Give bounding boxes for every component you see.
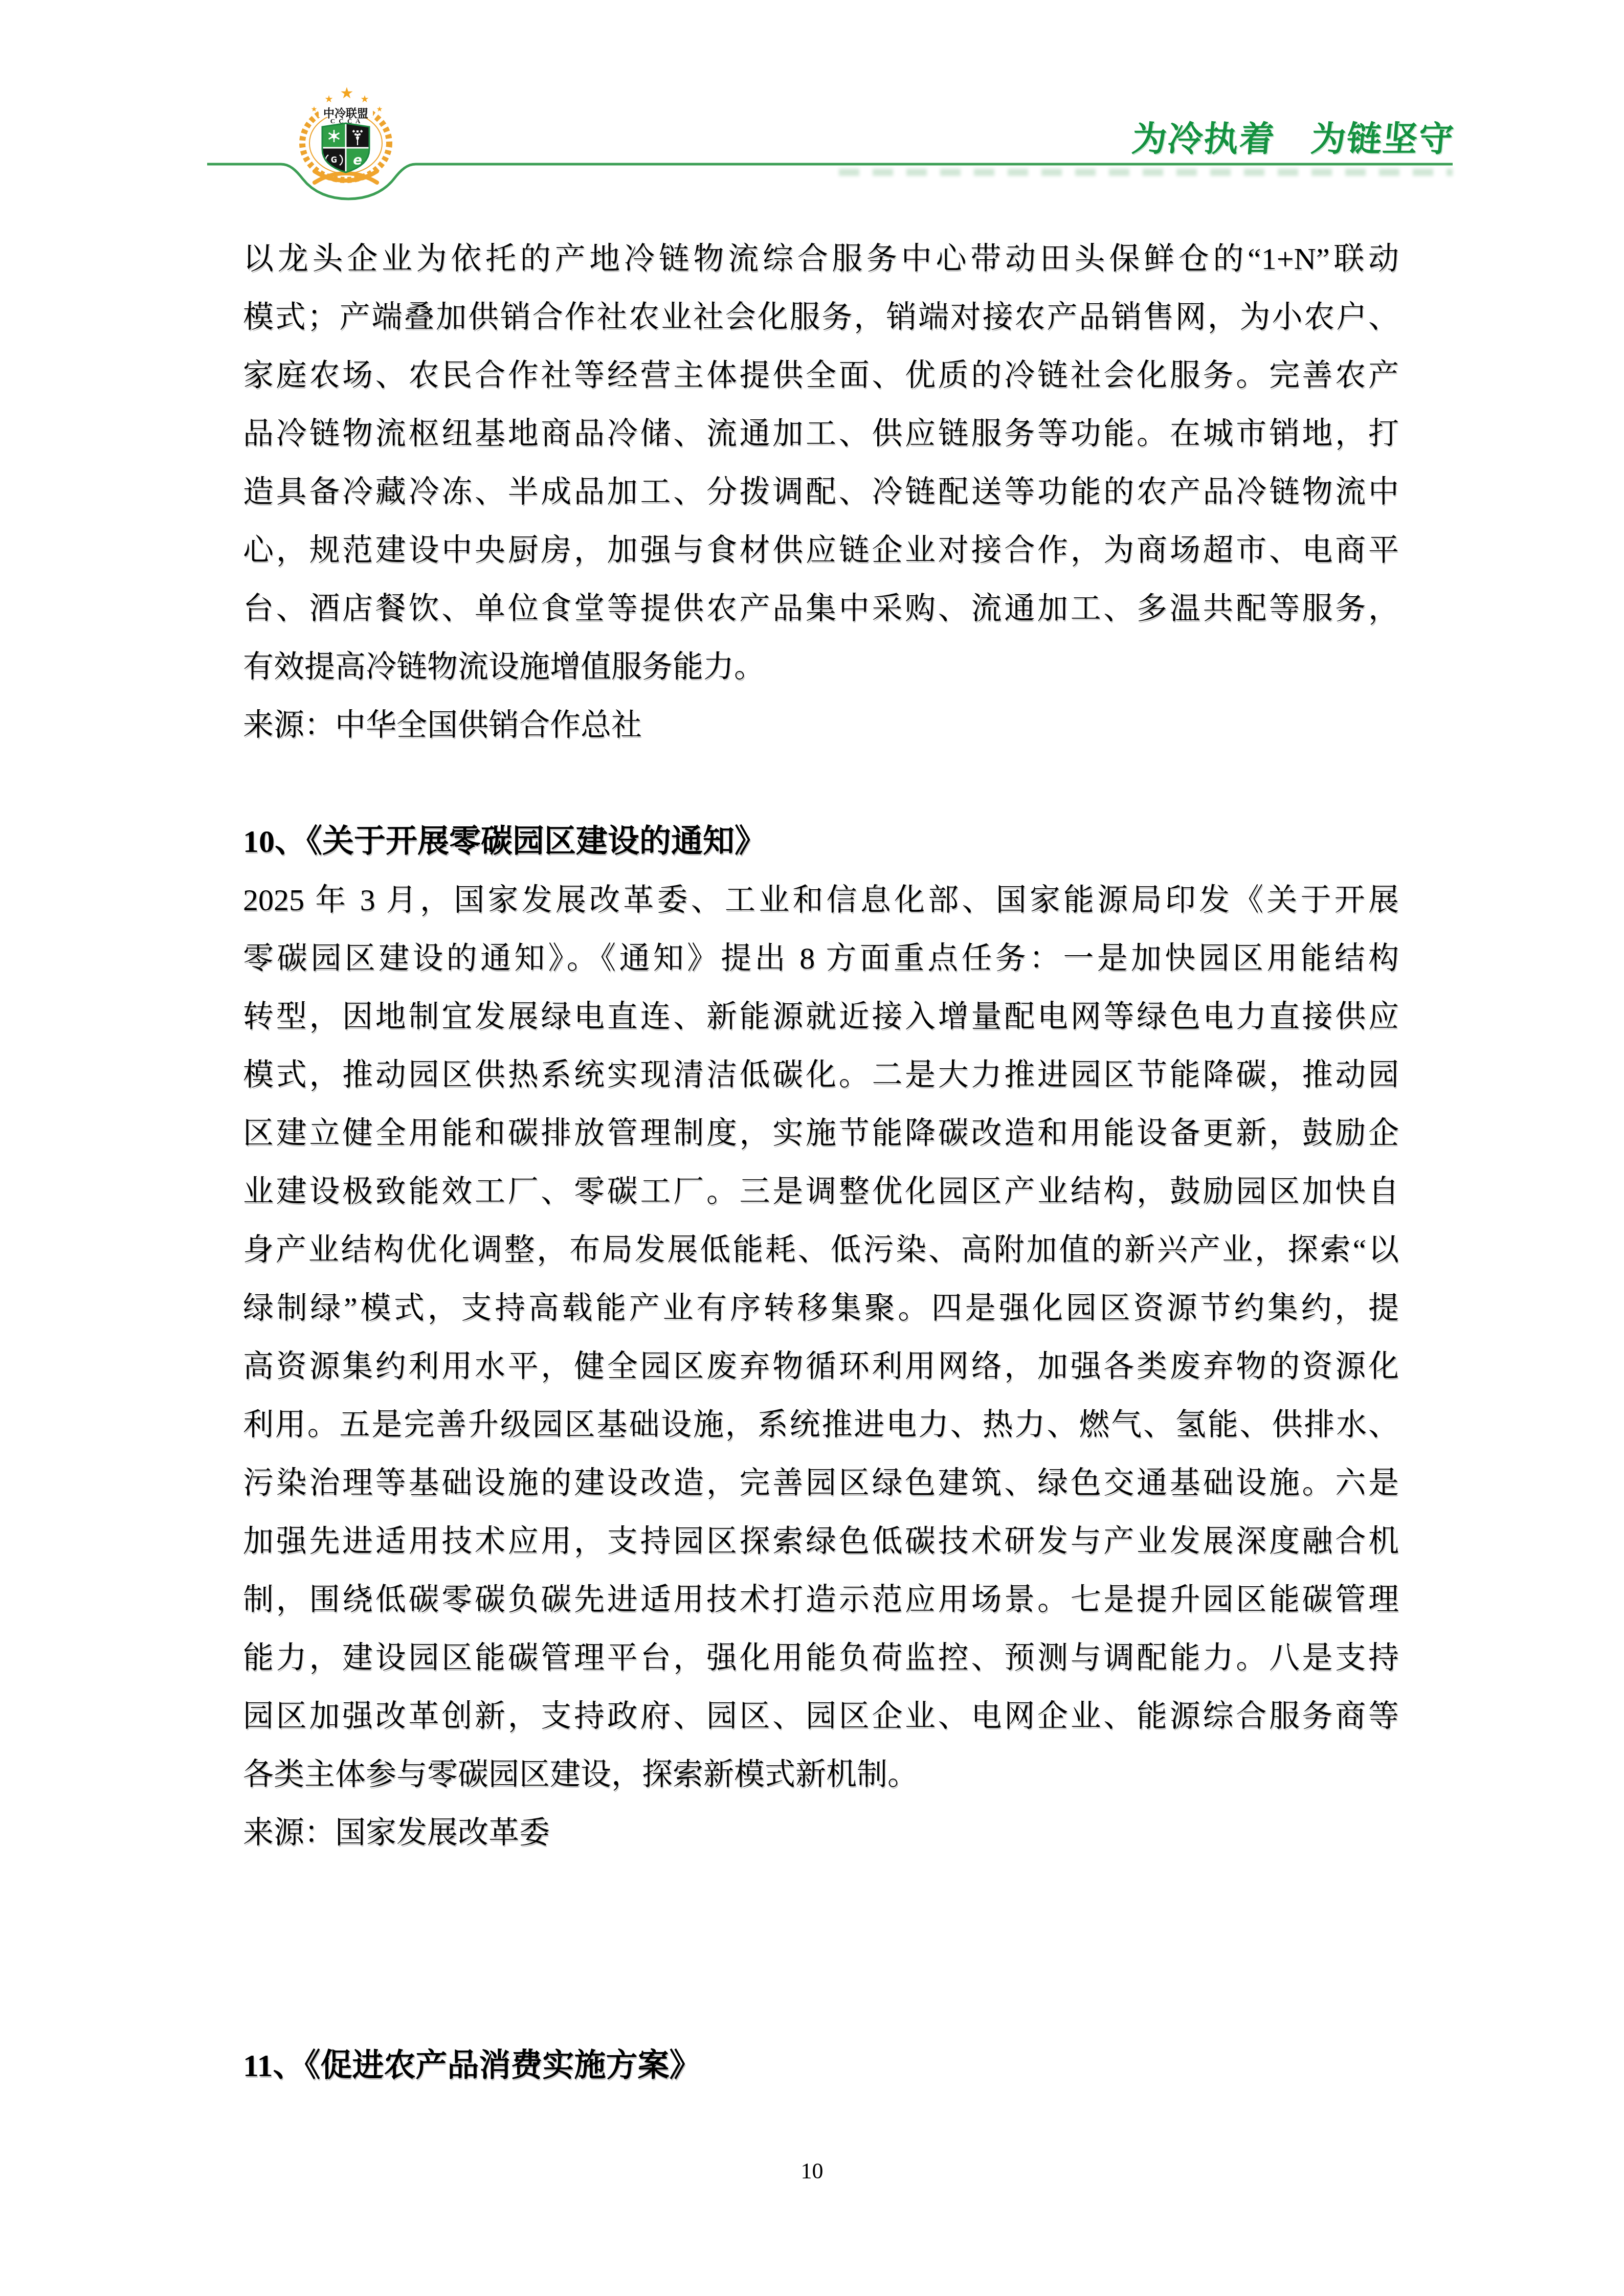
svg-text:★: ★ <box>360 94 369 105</box>
body-line: 台、酒店餐饮、单位食堂等提供农产品集中采购、流通加工、多温共配等服务， <box>243 579 1399 638</box>
body-line: 有效提高冷链物流设施增值服务能力。 <box>243 638 1399 696</box>
document-body: 以龙头企业为依托的产地冷链物流综合服务中心带动田头保鲜仓的“1+N”联动模式；产… <box>243 230 1399 2095</box>
body-line: 以龙头企业为依托的产地冷链物流综合服务中心带动田头保鲜仓的“1+N”联动 <box>243 230 1399 288</box>
header-divider <box>0 0 1624 235</box>
body-line: 品冷链物流枢纽基地商品冷储、流通加工、供应链服务等功能。在城市销地，打 <box>243 404 1399 463</box>
body-line: 身产业结构优化调整，布局发展低能耗、低污染、高附加值的新兴产业，探索“以 <box>243 1221 1399 1279</box>
source-line: 来源：国家发展改革委 <box>243 1804 1399 1862</box>
body-line: 零碳园区建设的通知》。《通知》提出 8 方面重点任务：一是加快园区用能结构 <box>243 929 1399 987</box>
body-line: 制，围绕低碳零碳负碳先进适用技术打造示范应用场景。七是提升园区能碳管理 <box>243 1570 1399 1629</box>
svg-text:★: ★ <box>340 84 354 102</box>
body-line: 区建立健全用能和碳排放管理制度，实施节能降碳改造和用能设备更新，鼓励企 <box>243 1104 1399 1162</box>
ccca-logo-icon: ★ ★ ★ ★ ★ 中冷联盟 C C C A <box>283 84 411 192</box>
svg-text:★: ★ <box>376 105 383 114</box>
body-line: 各类主体参与零碳园区建设，探索新模式新机制。 <box>243 1745 1399 1804</box>
body-line: 2025 年 3 月，国家发展改革委、工业和信息化部、国家能源局印发《关于开展 <box>243 871 1399 929</box>
body-line: 能力，建设园区能碳管理平台，强化用能负荷监控、预测与调配能力。八是支持 <box>243 1629 1399 1687</box>
body-line: 心，规范建设中央厨房，加强与食材供应链企业对接合作，为商场超市、电商平 <box>243 521 1399 579</box>
section-heading: 10、《关于开展零碳园区建设的通知》 <box>243 813 1399 871</box>
body-line: 模式；产端叠加供销合作社农业社会化服务，销端对接农产品销售网，为小农户、 <box>243 288 1399 346</box>
svg-text:G: G <box>331 155 337 165</box>
body-line: 利用。五是完善升级园区基础设施，系统推进电力、热力、燃气、氢能、供排水、 <box>243 1395 1399 1454</box>
logo-shield-icon: G e <box>322 123 369 172</box>
body-line: 造具备冷藏冷冻、半成品加工、分拨调配、冷链配送等功能的农产品冷链物流中 <box>243 463 1399 521</box>
section-heading: 11、《促进农产品消费实施方案》 <box>243 2037 1399 2095</box>
header-slogan: 为冷执着 为链坚守 <box>1130 120 1456 161</box>
svg-text:★: ★ <box>311 105 318 114</box>
body-line: 家庭农场、农民合作社等经营主体提供全面、优质的冷链社会化服务。完善农产 <box>243 346 1399 404</box>
source-line: 来源：中华全国供销合作总社 <box>243 696 1399 754</box>
page-number: 10 <box>0 2157 1624 2186</box>
body-line: 业建设极致能效工厂、零碳工厂。三是调整优化园区产业结构，鼓励园区加快自 <box>243 1162 1399 1221</box>
body-line: 加强先进适用技术应用，支持园区探索绿色低碳技术研发与产业发展深度融合机 <box>243 1512 1399 1570</box>
ghost-watermark-band <box>839 169 1453 176</box>
body-line: 园区加强改革创新，支持政府、园区、园区企业、电网企业、能源综合服务商等 <box>243 1687 1399 1745</box>
svg-text:★: ★ <box>324 94 333 105</box>
body-line: 模式，推动园区供热系统实现清洁低碳化。二是大力推进园区节能降碳，推动园 <box>243 1046 1399 1104</box>
body-line: 高资源集约利用水平，健全园区废弃物循环利用网络，加强各类废弃物的资源化 <box>243 1337 1399 1395</box>
body-line: 转型，因地制宜发展绿电直连、新能源就近接入增量配电网等绿色电力直接供应 <box>243 987 1399 1046</box>
body-line: 污染治理等基础设施的建设改造，完善园区绿色建筑、绿色交通基础设施。六是 <box>243 1454 1399 1512</box>
body-line: 绿制绿”模式，支持高载能产业有序转移集聚。四是强化园区资源节约集约，提 <box>243 1279 1399 1337</box>
document-page: ★ ★ ★ ★ ★ 中冷联盟 C C C A <box>0 0 1624 2296</box>
